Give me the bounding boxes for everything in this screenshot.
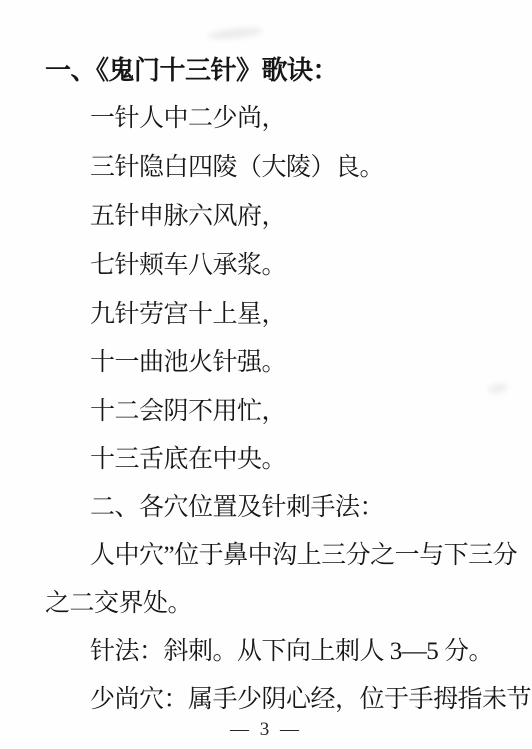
verse-line-5: 九针劳宫十上星， xyxy=(90,301,286,329)
body-line-shaoshang-location: 少尚穴：属手少阴心经，位于手拇指未节 xyxy=(90,686,531,714)
scan-smudge-artifact xyxy=(487,382,508,395)
page-number: — 3 — xyxy=(0,719,532,741)
verse-line-3: 五针申脉六风府， xyxy=(90,203,286,231)
verse-line-4: 七针颊车八承浆。 xyxy=(90,252,286,280)
verse-line-6: 十一曲池火针强。 xyxy=(90,349,286,377)
section-heading-point-locations: 二、各穴位置及针刺手法： xyxy=(90,494,384,522)
verse-line-2: 三针隐白四陵（大陵）良。 xyxy=(90,154,384,182)
verse-line-8: 十三舌底在中央。 xyxy=(90,446,286,474)
scan-smudge-artifact xyxy=(208,26,264,41)
verse-line-7: 十二会阴不用忙， xyxy=(90,398,286,426)
body-line-renzhong-continuation: 之二交界处。 xyxy=(45,590,192,618)
verse-line-1: 一针人中二少尚， xyxy=(90,105,286,133)
body-line-renzhong-location: 人中穴”位于鼻中沟上三分之一与下三分 xyxy=(90,542,517,570)
body-line-needle-method: 针法：斜刺。从下向上刺人 3—5 分。 xyxy=(90,638,493,666)
scanned-book-page: 一、《鬼门十三针》歌诀： 一针人中二少尚， 三针隐白四陵（大陵）良。 五针申脉六… xyxy=(0,0,532,749)
section-heading-ghost-gate-verse: 一、《鬼门十三针》歌诀： xyxy=(45,57,338,86)
